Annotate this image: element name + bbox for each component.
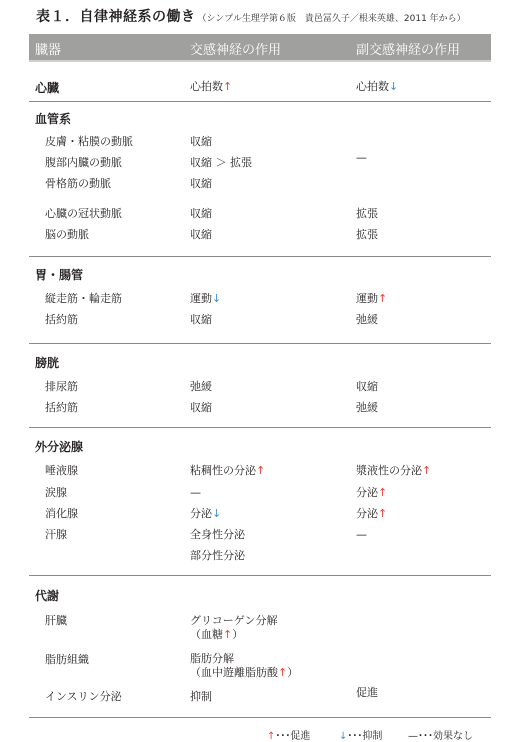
section-exocrine: 外分泌腺: [35, 438, 83, 455]
arrow-up-icon: ↑: [422, 464, 431, 477]
gi-organ: 縦走筋・輪走筋: [45, 292, 122, 306]
arrow-up-icon: ↑: [278, 666, 287, 679]
exocrine-parasympathetic: 分泌↑: [356, 507, 387, 521]
divider: [29, 427, 491, 428]
vascular-organ: 腹部内臓の動脈: [45, 156, 122, 170]
gi-sympathetic: 運動↓: [190, 292, 221, 306]
bladder-sympathetic: 収縮: [190, 401, 212, 415]
exocrine-organ: 唾液腺: [45, 464, 78, 478]
bladder-parasympathetic: 弛緩: [356, 401, 378, 415]
legend-none: —･･･効果なし: [408, 727, 473, 742]
divider: [29, 101, 491, 102]
gi-parasympathetic: 運動↑: [356, 292, 387, 306]
section-heart: 心臓: [35, 79, 59, 96]
metabolism-sympathetic: 抑制: [190, 690, 212, 704]
header-parasympathetic: 副交感神経の作用: [356, 39, 460, 58]
metabolism-sympathetic-note: （血中遊離脂肪酸↑）: [190, 666, 298, 680]
arrow-up-icon: ↑: [378, 486, 387, 499]
divider: [29, 575, 491, 576]
metabolism-organ: インスリン分泌: [45, 690, 122, 704]
gi-parasympathetic: 弛緩: [356, 313, 378, 327]
arrow-up-icon: ↑: [378, 292, 387, 305]
header-organ: 臓器: [35, 39, 61, 58]
exocrine-organ: 汗腺: [45, 528, 67, 542]
metabolism-organ: 肝臓: [45, 614, 67, 628]
vascular-parasympathetic: 拡張: [356, 228, 378, 242]
vascular-sympathetic: 収縮: [190, 207, 212, 221]
arrow-up-icon: ↑: [256, 464, 265, 477]
exocrine-sympathetic: 粘稠性の分泌↑: [190, 464, 265, 478]
table-title-main: 表１．自律神経系の働き: [36, 9, 196, 25]
heart-parasympathetic: 心拍数↓: [356, 80, 398, 94]
table-header: 臓器 交感神経の作用 副交感神経の作用: [29, 34, 491, 62]
metabolism-organ: 脂肪組織: [45, 653, 89, 667]
vascular-parasympathetic: 拡張: [356, 207, 378, 221]
arrow-up-icon: ↑: [223, 628, 232, 641]
metabolism-sympathetic: グリコーゲン分解: [190, 614, 278, 628]
vascular-sympathetic: 収縮: [190, 135, 212, 149]
exocrine-parasympathetic: 漿液性の分泌↑: [356, 464, 431, 478]
section-bladder: 膀胱: [35, 354, 59, 371]
arrow-down-icon: ↓: [212, 292, 221, 305]
table-source: （シンプル生理学第６版 貴邑冨久子／根来英雄、2011 年から）: [198, 14, 466, 24]
exocrine-parasympathetic: 分泌↑: [356, 486, 387, 500]
arrow-up-icon: ↑: [223, 80, 232, 93]
bladder-organ: 括約筋: [45, 401, 78, 415]
exocrine-sympathetic: 全身性分泌: [190, 528, 245, 542]
exocrine-sympathetic: —: [190, 486, 201, 500]
exocrine-organ: 涙腺: [45, 486, 67, 500]
exocrine-sympathetic-2: 部分性分泌: [190, 549, 245, 563]
arrow-down-icon: ↓: [389, 80, 398, 93]
vascular-sympathetic: 収縮 ＞ 拡張: [190, 156, 252, 170]
exocrine-organ: 消化腺: [45, 507, 78, 521]
vascular-sympathetic: 収縮: [190, 177, 212, 191]
vascular-para-none: —: [356, 151, 367, 165]
legend-down: ↓･･･抑制: [339, 727, 382, 742]
section-vascular: 血管系: [35, 110, 71, 127]
heart-sympathetic: 心拍数↑: [190, 80, 232, 94]
section-gi: 胃・腸管: [35, 266, 83, 283]
divider: [29, 717, 491, 718]
divider: [29, 256, 491, 257]
metabolism-sympathetic-note: （血糖↑）: [190, 628, 243, 642]
vascular-organ: 脳の動脈: [45, 228, 89, 242]
dash-icon: —: [408, 731, 418, 742]
bladder-sympathetic: 弛緩: [190, 380, 212, 394]
bladder-parasympathetic: 収縮: [356, 380, 378, 394]
gi-sympathetic: 収縮: [190, 313, 212, 327]
metabolism-sympathetic: 脂肪分解: [190, 652, 234, 666]
exocrine-parasympathetic: —: [356, 528, 367, 542]
vascular-organ: 皮膚・粘膜の動脈: [45, 135, 133, 149]
vascular-sympathetic: 収縮: [190, 228, 212, 242]
vascular-organ: 骨格筋の動脈: [45, 177, 111, 191]
header-sympathetic: 交感神経の作用: [190, 39, 281, 58]
metabolism-parasympathetic: 促進: [356, 686, 378, 700]
legend-up: ↑･･･促進: [267, 727, 310, 742]
arrow-down-icon: ↓: [212, 507, 221, 520]
table-title: 表１．自律神経系の働き（シンプル生理学第６版 貴邑冨久子／根来英雄、2011 年…: [36, 6, 466, 26]
section-metabolism: 代謝: [35, 587, 59, 604]
arrow-up-icon: ↑: [378, 507, 387, 520]
bladder-organ: 排尿筋: [45, 380, 78, 394]
divider: [29, 343, 491, 344]
gi-organ: 括約筋: [45, 313, 78, 327]
exocrine-sympathetic: 分泌↓: [190, 507, 221, 521]
vascular-organ: 心臓の冠状動脈: [45, 207, 122, 221]
